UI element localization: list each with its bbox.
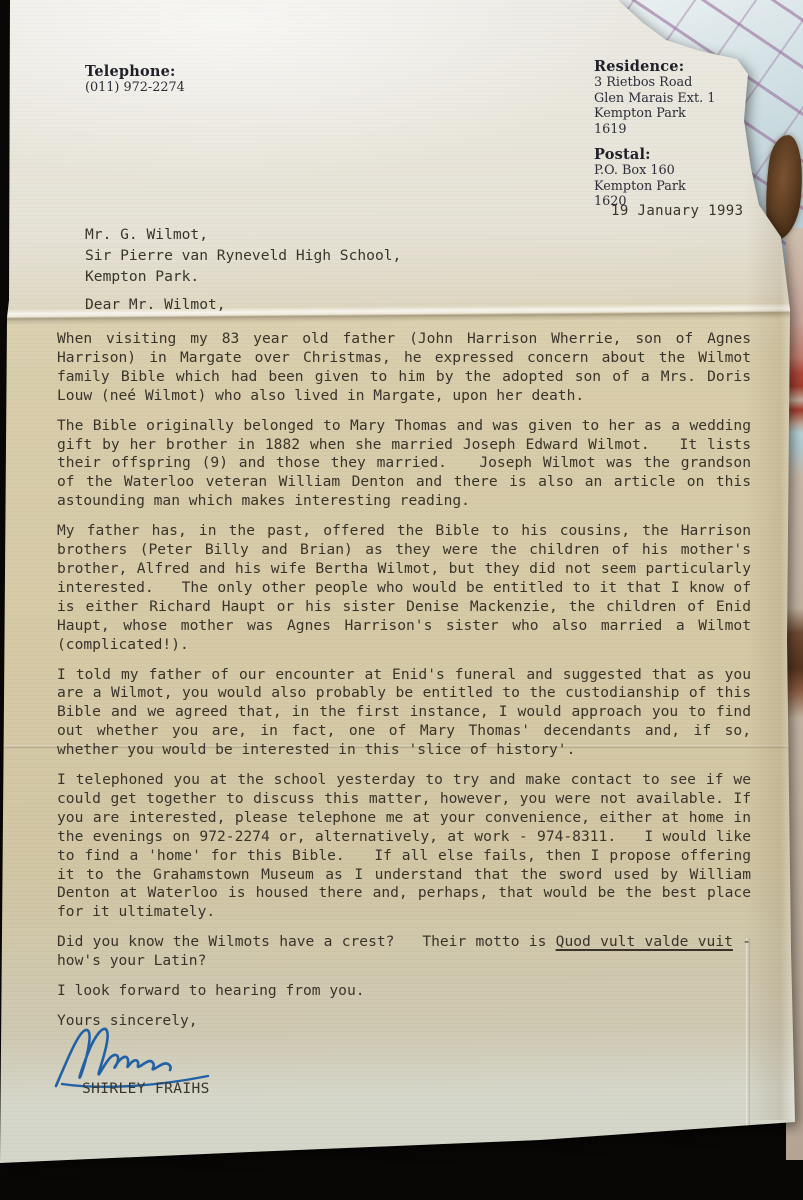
photo-frame: Telephone: (011) 972-2274 Residence: 3 R… [0,0,803,1200]
recipient-line: Sir Pierre van Ryneveld High School, [85,245,401,266]
letter-paragraph: The Bible originally belonged to Mary Th… [57,417,751,512]
letter-paragraph: Did you know the Wilmots have a crest? T… [57,933,751,971]
telephone-number: (011) 972-2274 [85,80,185,96]
paragraph-text: The Bible originally belonged to Mary Th… [57,417,751,510]
letter-date: 19 January 1993 [611,203,743,219]
letter-paper: Telephone: (011) 972-2274 Residence: 3 R… [0,0,803,1168]
letterhead-postal: Postal: P.O. Box 160 Kempton Park 1620 [594,146,686,210]
residence-label: Residence: [594,58,715,75]
left-edge-shadow [0,14,9,118]
signed-name: SHIRLEY FRAIHS [82,1081,210,1097]
recipient-address: Mr. G. Wilmot, Sir Pierre van Ryneveld H… [85,224,401,287]
telephone-label: Telephone: [85,63,185,80]
motto-underlined-text: Quod vult valde vuit [556,933,733,950]
recipient-line: Kempton Park. [85,266,401,287]
recipient-line: Mr. G. Wilmot, [85,224,401,245]
right-edge-shading [745,60,795,1120]
postal-label: Postal: [594,146,686,163]
salutation: Dear Mr. Wilmot, [85,294,226,315]
residence-line: 1619 [594,122,715,138]
paragraph-text: My father has, in the past, offered the … [57,522,751,652]
residence-line: Glen Marais Ext. 1 [594,91,715,107]
residence-line: 3 Rietbos Road [594,75,715,91]
residence-line: Kempton Park [594,106,715,122]
paragraph-text: I told my father of our encounter at Eni… [57,666,751,759]
postal-line: P.O. Box 160 [594,163,686,179]
signature-stroke [56,1029,171,1086]
paragraph-text: I telephoned you at the school yesterday… [57,771,751,920]
letter-paragraph: When visiting my 83 year old father (Joh… [57,330,751,406]
paragraphs-container: When visiting my 83 year old father (Joh… [57,330,751,971]
letterhead-telephone: Telephone: (011) 972-2274 [85,63,185,96]
letter-body: When visiting my 83 year old father (Joh… [57,330,751,1042]
letter-paragraph: I told my father of our encounter at Eni… [57,666,751,761]
letter-paragraph: I telephoned you at the school yesterday… [57,771,751,922]
letter-paragraph: My father has, in the past, offered the … [57,522,751,654]
letter-paper-wrap: Telephone: (011) 972-2274 Residence: 3 R… [0,0,803,1200]
letterhead-residence: Residence: 3 Rietbos Road Glen Marais Ex… [594,58,715,137]
paragraph-text: Did you know the Wilmots have a crest? T… [57,933,556,950]
closing-look-forward: I look forward to hearing from you. [57,982,751,1001]
paragraph-text: When visiting my 83 year old father (Joh… [57,330,751,404]
postal-line: Kempton Park [594,179,686,195]
